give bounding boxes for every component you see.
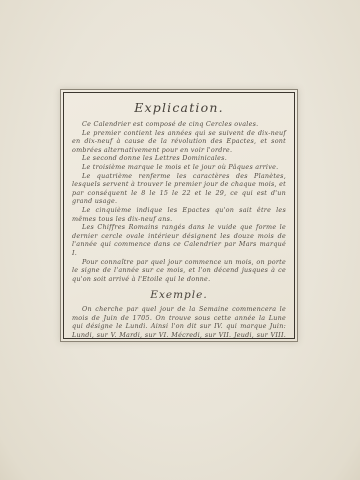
engraving-frame-inner: Explication. Ce Calendrier est composé d…	[63, 92, 295, 339]
engraving-sheet: Explication. Ce Calendrier est composé d…	[0, 0, 360, 480]
paragraph: Le troisième marque le mois et le jour o…	[72, 163, 286, 172]
example-section: On cherche par quel jour de la Semaine c…	[72, 305, 286, 339]
example-paragraph: On cherche par quel jour de la Semaine c…	[72, 305, 286, 339]
paragraph: Le quatrième renferme les caractères des…	[72, 172, 286, 206]
paragraph: Le premier contient les années qui se su…	[72, 129, 286, 155]
example-heading: Exemple.	[72, 289, 286, 301]
paragraph: Pour connaître par quel jour commence un…	[72, 258, 286, 284]
paragraph: Les Chiffres Romains rangés dans le vuid…	[72, 223, 286, 257]
paragraph: Le cinquième indique les Epactes qu'on s…	[72, 206, 286, 223]
explication-paragraphs: Ce Calendrier est composé de cinq Cercle…	[72, 120, 286, 283]
engraving-frame: Explication. Ce Calendrier est composé d…	[60, 89, 298, 342]
paragraph: Ce Calendrier est composé de cinq Cercle…	[72, 120, 286, 129]
page-title: Explication.	[72, 100, 286, 115]
paragraph: Le second donne les Lettres Dominicales.	[72, 154, 286, 163]
